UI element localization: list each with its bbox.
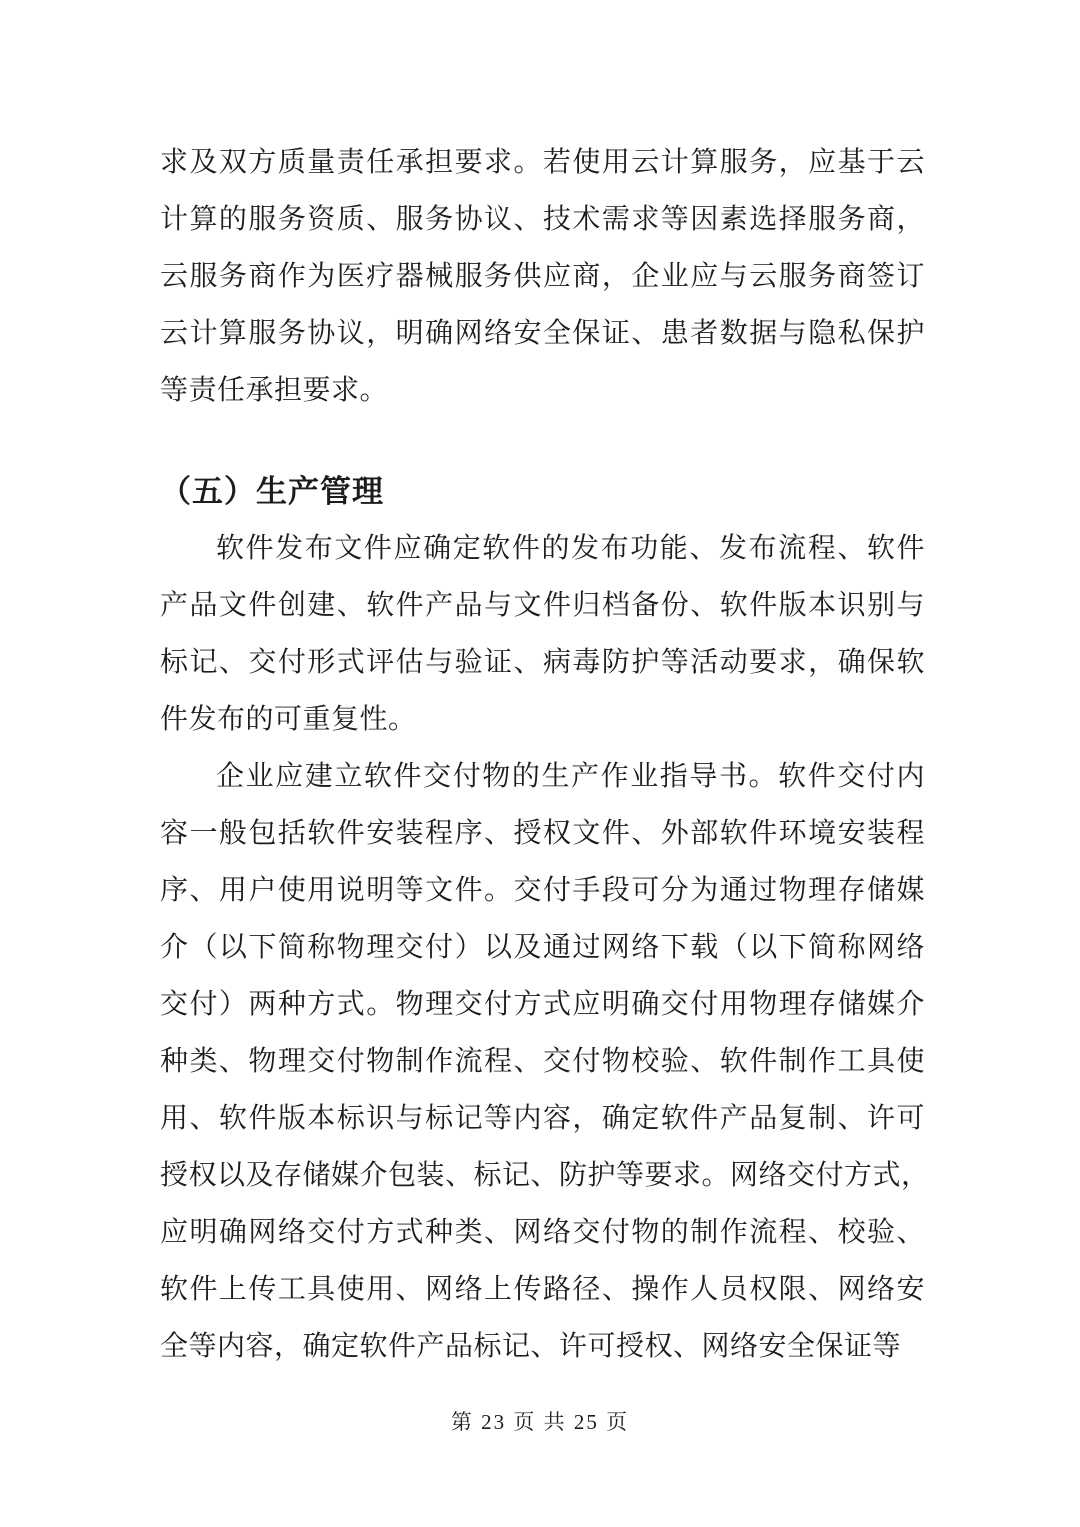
text-line: 介（以下简称物理交付）以及通过网络下载（以下简称网络 [160, 919, 925, 976]
text-line: 计算的服务资质、服务协议、技术需求等因素选择服务商， [160, 191, 925, 248]
text-line: 应明确网络交付方式种类、网络交付物的制作流程、校验、 [160, 1204, 925, 1261]
text-line: 容一般包括软件安装程序、授权文件、外部软件环境安装程 [160, 805, 925, 862]
page-number-indicator: 第 23 页 共 25 页 [451, 1410, 629, 1434]
paragraph: 企业应建立软件交付物的生产作业指导书。软件交付内容一般包括软件安装程序、授权文件… [160, 748, 925, 1375]
text-line: 求及双方质量责任承担要求。若使用云计算服务，应基于云 [160, 134, 925, 191]
paragraph: 软件发布文件应确定软件的发布功能、发布流程、软件产品文件创建、软件产品与文件归档… [160, 520, 925, 748]
text-line: 用、软件版本标识与标记等内容，确定软件产品复制、许可 [160, 1090, 925, 1147]
text-line: 软件上传工具使用、网络上传路径、操作人员权限、网络安 [160, 1261, 925, 1318]
text-line: 交付）两种方式。物理交付方式应明确交付用物理存储媒介 [160, 976, 925, 1033]
text-line: 软件发布文件应确定软件的发布功能、发布流程、软件 [160, 520, 925, 577]
text-line: 标记、交付形式评估与验证、病毒防护等活动要求，确保软 [160, 634, 925, 691]
text-line: 云服务商作为医疗器械服务供应商，企业应与云服务商签订 [160, 248, 925, 305]
text-line: 产品文件创建、软件产品与文件归档备份、软件版本识别与 [160, 577, 925, 634]
text-line: 等责任承担要求。 [160, 362, 925, 419]
text-line: 授权以及存储媒介包装、标记、防护等要求。网络交付方式， [160, 1147, 925, 1204]
section-heading: （五）生产管理 [160, 463, 925, 520]
text-line: 企业应建立软件交付物的生产作业指导书。软件交付内 [160, 748, 925, 805]
text-line: 序、用户使用说明等文件。交付手段可分为通过物理存储媒 [160, 862, 925, 919]
text-line: 件发布的可重复性。 [160, 691, 925, 748]
paragraph: 求及双方质量责任承担要求。若使用云计算服务，应基于云计算的服务资质、服务协议、技… [160, 134, 925, 419]
document-content: 求及双方质量责任承担要求。若使用云计算服务，应基于云计算的服务资质、服务协议、技… [160, 134, 925, 1375]
page-footer: 第 23 页 共 25 页 [0, 1408, 1080, 1436]
text-line: 全等内容，确定软件产品标记、许可授权、网络安全保证等 [160, 1318, 925, 1375]
text-line: 云计算服务协议，明确网络安全保证、患者数据与隐私保护 [160, 305, 925, 362]
document-page: 求及双方质量责任承担要求。若使用云计算服务，应基于云计算的服务资质、服务协议、技… [0, 0, 1080, 1527]
text-line: 种类、物理交付物制作流程、交付物校验、软件制作工具使 [160, 1033, 925, 1090]
